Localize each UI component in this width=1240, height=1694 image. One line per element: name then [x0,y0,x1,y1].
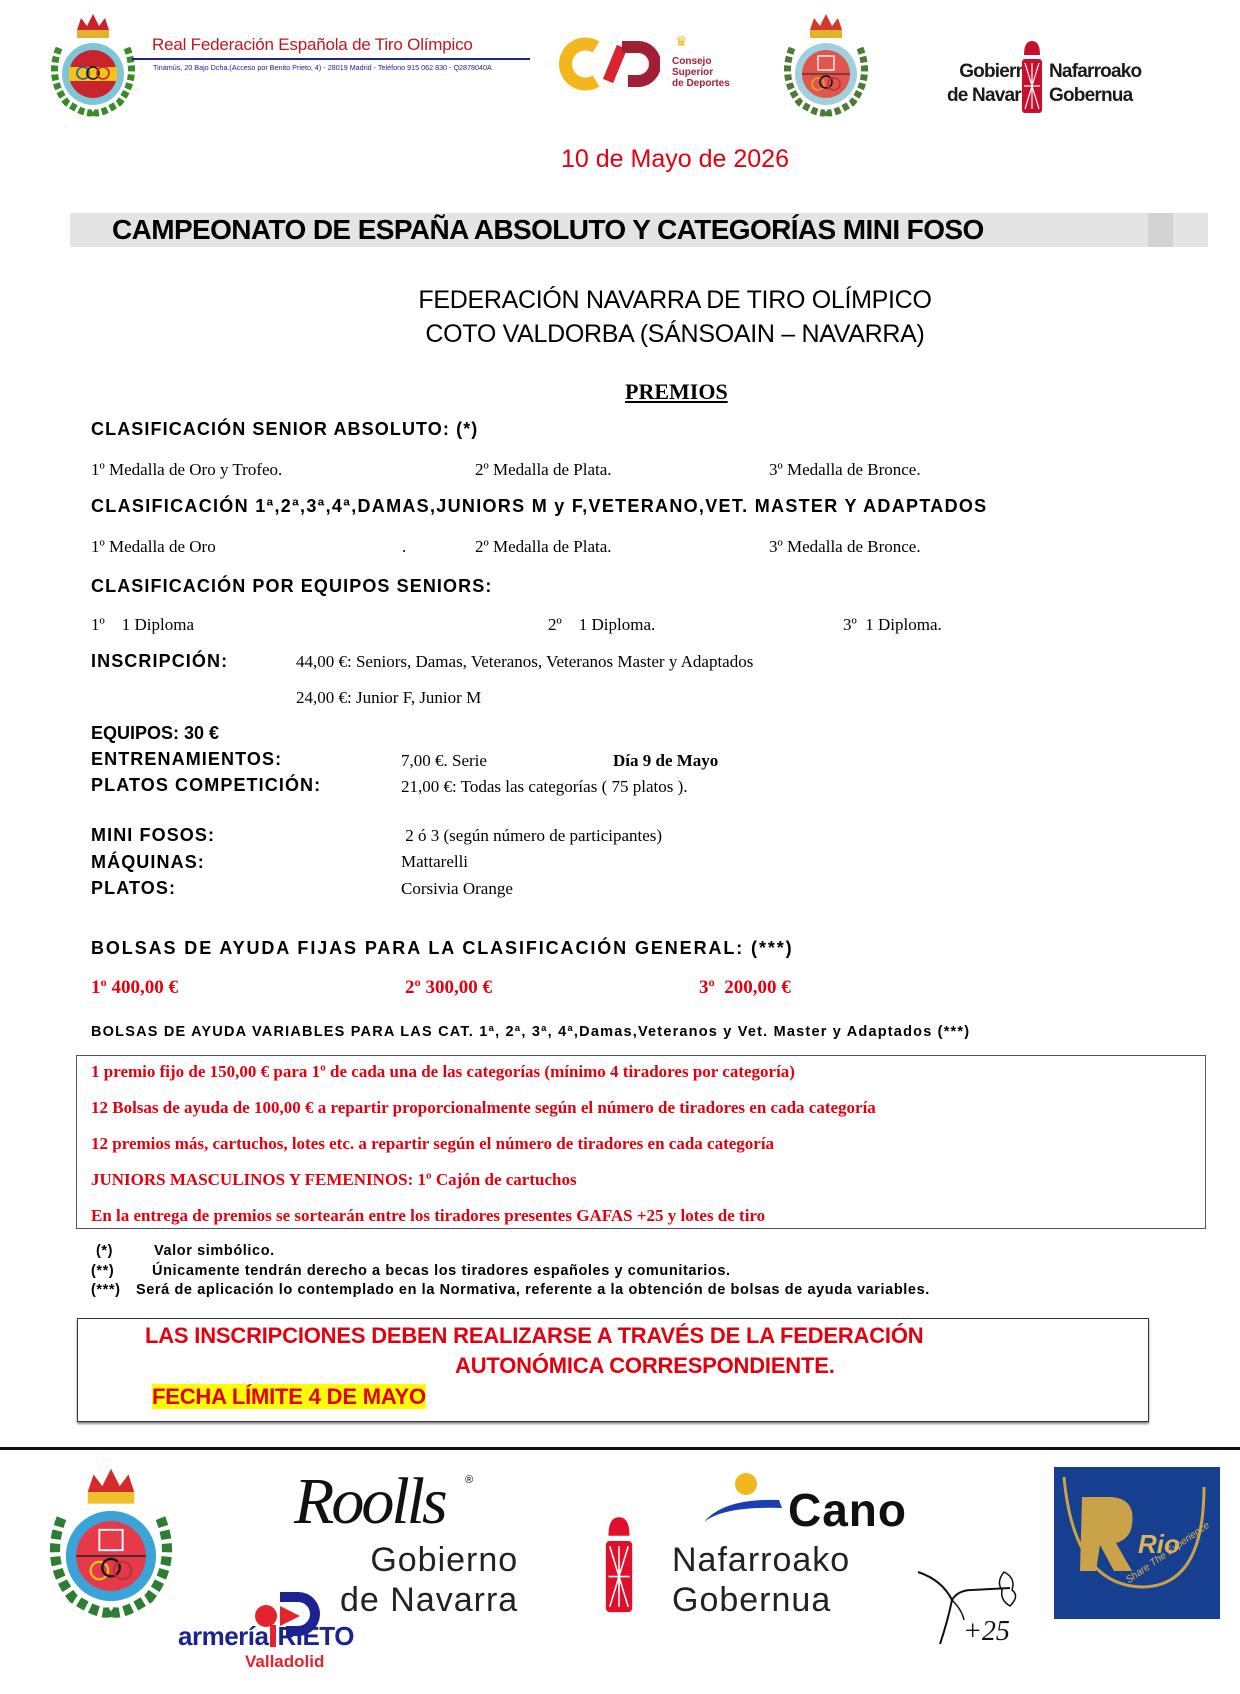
senior-heading: CLASIFICACIÓN SENIOR ABSOLUTO: (*) [91,419,478,440]
competition-targets-label: PLATOS COMPETICIÓN: [91,775,321,796]
categories-prize-1: 1º Medalla de Oro [91,537,216,557]
minifosos-value: 2 ó 3 (según número de participantes) [401,826,662,846]
registration-deadline: FECHA LÍMITE 4 DE MAYO [152,1384,426,1410]
fixed-aid-heading: BOLSAS DE AYUDA FIJAS PARA LA CLASIFICAC… [91,938,794,959]
page-title: CAMPEONATO DE ESPAÑA ABSOLUTO Y CATEGORÍ… [70,214,1208,246]
variable-aid-line-1: 1 premio fijo de 150,00 € para 1º de cad… [91,1062,795,1082]
federation-name: FEDERACIÓN NAVARRA DE TIRO OLÍMPICO [0,283,1240,317]
crown-icon: ♛ [675,33,688,50]
categories-prize-dot: . [402,537,406,557]
senior-prize-1: 1º Medalla de Oro y Trofeo. [91,460,282,480]
footer-divider [0,1447,1240,1450]
nafarroako-gobernua-text: Nafarroako Gobernua [1049,60,1141,108]
note-2-mark: (**) [91,1263,114,1279]
premios-heading: PREMIOS [625,379,728,405]
rio-logo: Rio Share The Experience [1054,1467,1220,1619]
navarra-shield-icon [1020,37,1044,119]
rio-r-icon [1054,1467,1220,1619]
teams-prize-2: 2º 1 Diploma. [548,615,655,635]
variable-aid-line-5: En la entrega de premios se sortearán en… [91,1206,765,1226]
machines-value: Mattarelli [401,852,468,872]
note-1-text: Valor simbólico. [154,1243,275,1259]
rfeto-name: Real Federación Española de Tiro Olímpic… [152,35,473,55]
senior-prize-2: 2º Medalla de Plata. [475,460,612,480]
armeria-prieto-logo: armeríaRIETO [178,1621,354,1652]
teams-fee: EQUIPOS: 30 € [91,723,219,744]
machines-label: MÁQUINAS: [91,852,205,873]
senior-prize-3: 3º Medalla de Bronce. [769,460,921,480]
training-fee: 7,00 €. Serie [401,751,487,771]
fnto-emblem-footer-icon [38,1460,184,1620]
fnto-emblem-icon [780,8,872,118]
rfeto-emblem-icon [47,8,139,118]
navarra-shield-footer-icon [586,1512,652,1620]
training-label: ENTRENAMIENTOS: [91,749,282,770]
csd-logo-icon [556,37,660,91]
competition-targets-fee: 21,00 €: Todas las categorías ( 75 plato… [401,777,688,797]
inscription-label: INSCRIPCIÓN: [91,651,228,672]
organizer-block: FEDERACIÓN NAVARRA DE TIRO OLÍMPICO COTO… [0,283,1240,351]
inscription-fee-2: 24,00 €: Junior F, Junior M [296,688,481,708]
roolls-logo: Roolls [294,1464,445,1540]
inscription-fee-1: 44,00 €: Seniors, Damas, Veteranos, Vete… [296,652,753,672]
variable-aid-line-4: JUNIORS MASCULINOS Y FEMENINOS: 1º Cajón… [91,1170,577,1190]
variable-aid-line-2: 12 Bolsas de ayuda de 100,00 € a reparti… [91,1098,876,1118]
categories-prize-3: 3º Medalla de Bronce. [769,537,921,557]
note-1-mark: (*) [96,1243,113,1259]
minifosos-label: MINI FOSOS: [91,825,215,846]
variable-aid-line-3: 12 premios más, cartuchos, lotes etc. a … [91,1134,774,1154]
fixed-aid-2: 2º 300,00 € [405,977,492,999]
training-day: Día 9 de Mayo [613,751,718,771]
gob-navarra-footer-text: Gobierno de Navarra [340,1540,518,1620]
event-date: 10 de Mayo de 2026 [0,145,1240,174]
cano-swoosh-icon [694,1470,784,1530]
fixed-aid-3: 3º 200,00 € [699,977,791,999]
note-2-text: Únicamente tendrán derecho a becas los t… [152,1263,731,1279]
variable-aid-heading: BOLSAS DE AYUDA VARIABLES PARA LAS CAT. … [91,1024,970,1040]
nafarroako-footer-text: Nafarroako Gobernua [672,1540,850,1620]
plus25-logo: +25 [963,1616,1010,1648]
teams-prize-1: 1º 1 Diploma [91,615,194,635]
teams-heading: CLASIFICACIÓN POR EQUIPOS SENIORS: [91,576,492,597]
valladolid-text: Valladolid [245,1652,324,1672]
fixed-aid-1: 1º 400,00 € [91,977,178,999]
cano-logo: Cano [788,1483,907,1537]
teams-prize-3: 3º 1 Diploma. [843,615,942,635]
registration-line-1: LAS INSCRIPCIONES DEBEN REALIZARSE A TRA… [145,1323,923,1349]
csd-name: Consejo Superior de Deportes [672,56,730,89]
targets-value: Corsivia Orange [401,879,513,899]
registration-line-2: AUTONÓMICA CORRESPONDIENTE. [455,1353,835,1379]
note-3-text: Será de aplicación lo contemplado en la … [136,1282,930,1298]
note-3-mark: (***) [91,1282,121,1298]
registered-icon: ® [465,1474,473,1486]
targets-label: PLATOS: [91,878,176,899]
categories-heading: CLASIFICACIÓN 1ª,2ª,3ª,4ª,DAMAS,JUNIORS … [91,496,988,517]
categories-prize-2: 2º Medalla de Plata. [475,537,612,557]
venue: COTO VALDORBA (SÁNSOAIN – NAVARRA) [0,317,1240,351]
rfeto-address: Tinamús, 20 Bajo Dcha.(Acceso por Benito… [153,63,492,72]
rfeto-divider [132,58,530,60]
